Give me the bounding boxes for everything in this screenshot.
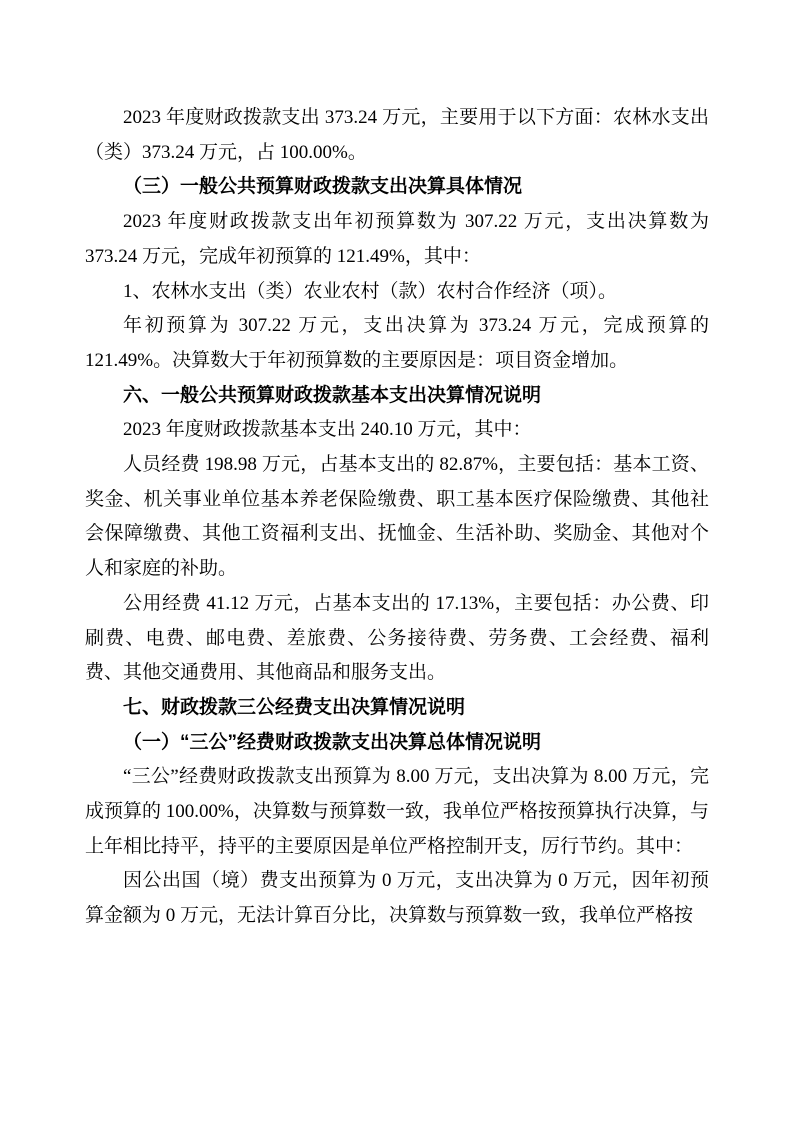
- document-page: 2023 年度财政拨款支出 373.24 万元，主要用于以下方面：农林水支出（类…: [0, 0, 793, 1122]
- section-heading: 七、财政拨款三公经费支出决算情况说明: [85, 691, 709, 726]
- body-paragraph: 年初预算为 307.22 万元，支出决算为 373.24 万元，完成预算的 12…: [85, 309, 709, 378]
- body-paragraph: “三公”经费财政拨款支出预算为 8.00 万元，支出决算为 8.00 万元，完成…: [85, 760, 709, 864]
- body-paragraph: 人员经费 198.98 万元，占基本支出的 82.87%，主要包括：基本工资、奖…: [85, 448, 709, 587]
- section-heading: （一）“三公”经费财政拨款支出决算总体情况说明: [85, 726, 709, 761]
- document-body: 2023 年度财政拨款支出 373.24 万元，主要用于以下方面：农林水支出（类…: [85, 101, 709, 934]
- body-paragraph: 2023 年度财政拨款支出年初预算数为 307.22 万元，支出决算数为 373…: [85, 205, 709, 274]
- body-paragraph: 因公出国（境）费支出预算为 0 万元，支出决算为 0 万元，因年初预算金额为 0…: [85, 864, 709, 933]
- body-paragraph: 1、农林水支出（类）农业农村（款）农村合作经济（项）。: [85, 275, 709, 310]
- body-paragraph: 公用经费 41.12 万元，占基本支出的 17.13%，主要包括：办公费、印刷费…: [85, 587, 709, 691]
- body-paragraph: 2023 年度财政拨款支出 373.24 万元，主要用于以下方面：农林水支出（类…: [85, 101, 709, 170]
- body-paragraph: 2023 年度财政拨款基本支出 240.10 万元，其中：: [85, 413, 709, 448]
- section-heading: 六、一般公共预算财政拨款基本支出决算情况说明: [85, 379, 709, 414]
- section-heading: （三）一般公共预算财政拨款支出决算具体情况: [85, 170, 709, 205]
